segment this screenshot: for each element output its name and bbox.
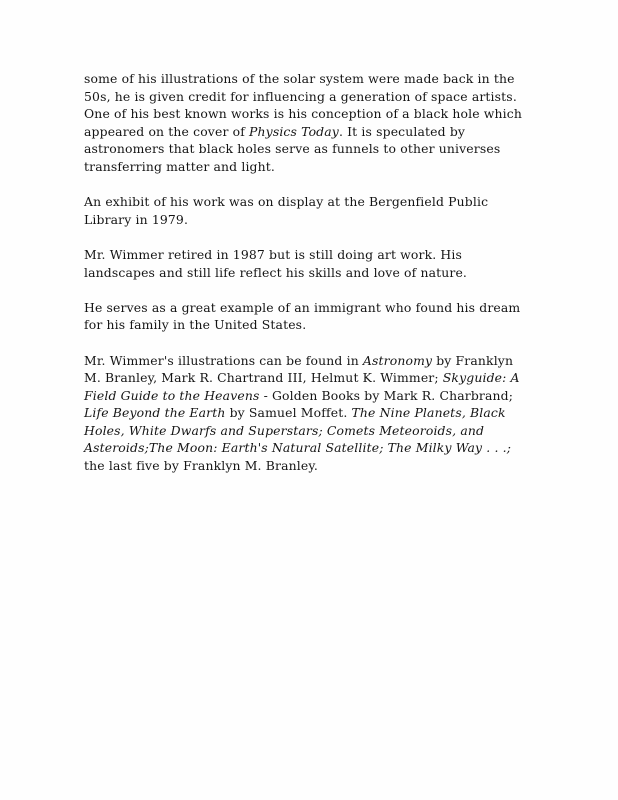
text-run: M. Branley, Mark R. Chartrand III, Helmu…	[84, 370, 443, 385]
text-line: Mr. Wimmer's illustrations can be found …	[84, 352, 554, 370]
book-title: Skyguide: A	[443, 370, 520, 385]
text-run: 50s, he is given credit for influencing …	[84, 89, 517, 104]
text-line: One of his best known works is his conce…	[84, 105, 554, 123]
text-run: appeared on the cover of	[84, 124, 249, 139]
book-title: Astronomy	[363, 353, 432, 368]
text-run: He serves as a great example of an immig…	[84, 300, 520, 315]
paragraph: Mr. Wimmer retired in 1987 but is still …	[84, 246, 554, 281]
document-page: some of his illustrations of the solar s…	[0, 0, 618, 800]
text-line: Holes, White Dwarfs and Superstars; Come…	[84, 422, 554, 440]
text-run: by Samuel Moffet.	[226, 405, 352, 420]
text-line: astronomers that black holes serve as fu…	[84, 140, 554, 158]
book-title: Field Guide to the Heavens	[84, 388, 259, 403]
text-run: One of his best known works is his conce…	[84, 106, 522, 121]
text-run: for his family in the United States.	[84, 317, 306, 332]
text-run: by Franklyn	[432, 353, 513, 368]
text-run: astronomers that black holes serve as fu…	[84, 141, 500, 156]
text-line: Library in 1979.	[84, 211, 554, 229]
paragraph: some of his illustrations of the solar s…	[84, 70, 554, 176]
book-title: Holes, White Dwarfs and Superstars; Come…	[84, 423, 484, 438]
text-line: transferring matter and light.	[84, 158, 554, 176]
paragraph: He serves as a great example of an immig…	[84, 299, 554, 334]
book-title: Physics Today	[249, 124, 339, 139]
text-run: landscapes and still life reflect his sk…	[84, 265, 467, 280]
text-line: landscapes and still life reflect his sk…	[84, 264, 554, 282]
text-line: Field Guide to the Heavens - Golden Book…	[84, 387, 554, 405]
text-run: Mr. Wimmer retired in 1987 but is still …	[84, 247, 462, 262]
text-run: Library in 1979.	[84, 212, 188, 227]
text-run: - Golden Books by Mark R. Charbrand;	[259, 388, 513, 403]
text-run: An exhibit of his work was on display at…	[84, 194, 488, 209]
paragraph: An exhibit of his work was on display at…	[84, 193, 554, 228]
text-line: for his family in the United States.	[84, 316, 554, 334]
text-line: Mr. Wimmer retired in 1987 but is still …	[84, 246, 554, 264]
text-line: An exhibit of his work was on display at…	[84, 193, 554, 211]
text-line: the last five by Franklyn M. Branley.	[84, 457, 554, 475]
paragraph: Mr. Wimmer's illustrations can be found …	[84, 352, 554, 475]
text-line: some of his illustrations of the solar s…	[84, 70, 554, 88]
text-line: Life Beyond the Earth by Samuel Moffet. …	[84, 404, 554, 422]
book-title: The Nine Planets, Black	[352, 405, 506, 420]
book-title: Asteroids;The Moon: Earth's Natural Sate…	[84, 440, 511, 455]
text-run: . It is speculated by	[339, 124, 465, 139]
text-run: Mr. Wimmer's illustrations can be found …	[84, 353, 363, 368]
text-run: some of his illustrations of the solar s…	[84, 71, 515, 86]
text-line: 50s, he is given credit for influencing …	[84, 88, 554, 106]
text-line: He serves as a great example of an immig…	[84, 299, 554, 317]
text-line: Asteroids;The Moon: Earth's Natural Sate…	[84, 439, 554, 457]
text-run: the last five by Franklyn M. Branley.	[84, 458, 318, 473]
text-line: M. Branley, Mark R. Chartrand III, Helmu…	[84, 369, 554, 387]
text-line: appeared on the cover of Physics Today. …	[84, 123, 554, 141]
book-title: Life Beyond the Earth	[84, 405, 226, 420]
document-body: some of his illustrations of the solar s…	[84, 70, 554, 492]
text-run: transferring matter and light.	[84, 159, 275, 174]
